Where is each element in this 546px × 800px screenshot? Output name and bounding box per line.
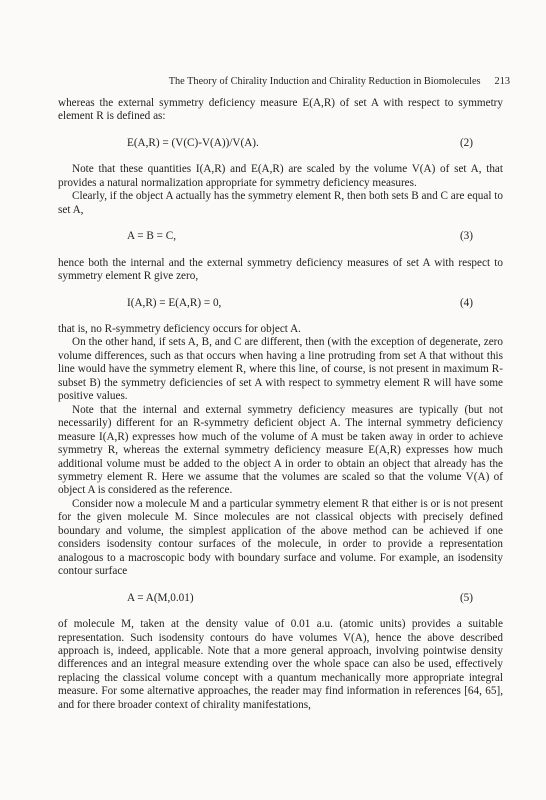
- running-header: The Theory of Chirality Induction and Ch…: [0, 0, 546, 88]
- paragraph: hence both the internal and the external…: [58, 257, 503, 284]
- paragraph: Consider now a molecule M and a particul…: [58, 498, 503, 579]
- equation-row: A = A(M,0.01)(5): [58, 592, 503, 605]
- paragraph: Clearly, if the object A actually has th…: [58, 190, 503, 217]
- paragraph: Note that the internal and external symm…: [58, 404, 503, 498]
- page-content: whereas the external symmetry deficiency…: [0, 88, 546, 712]
- page-number: 213: [495, 76, 510, 87]
- equation-number: (4): [460, 297, 473, 310]
- book-page: The Theory of Chirality Induction and Ch…: [0, 0, 546, 800]
- paragraph: that is, no R-symmetry deficiency occurs…: [58, 323, 503, 336]
- equation-number: (5): [460, 592, 473, 605]
- equation-number: (3): [460, 230, 473, 243]
- running-header-title: The Theory of Chirality Induction and Ch…: [169, 76, 481, 87]
- equation-expression: E(A,R) = (V(C)-V(A))/V(A).: [127, 137, 259, 150]
- equation-row: A = B = C,(3): [58, 230, 503, 243]
- equation-expression: A = B = C,: [127, 230, 176, 243]
- equation-expression: I(A,R) = E(A,R) = 0,: [127, 297, 221, 310]
- paragraph: whereas the external symmetry deficiency…: [58, 97, 503, 124]
- equation-number: (2): [460, 137, 473, 150]
- equation-row: I(A,R) = E(A,R) = 0,(4): [58, 297, 503, 310]
- paragraph: On the other hand, if sets A, B, and C a…: [58, 336, 503, 403]
- paragraph: Note that these quantities I(A,R) and E(…: [58, 163, 503, 190]
- equation-expression: A = A(M,0.01): [127, 592, 194, 605]
- equation-row: E(A,R) = (V(C)-V(A))/V(A).(2): [58, 137, 503, 150]
- paragraph: of molecule M, taken at the density valu…: [58, 618, 503, 712]
